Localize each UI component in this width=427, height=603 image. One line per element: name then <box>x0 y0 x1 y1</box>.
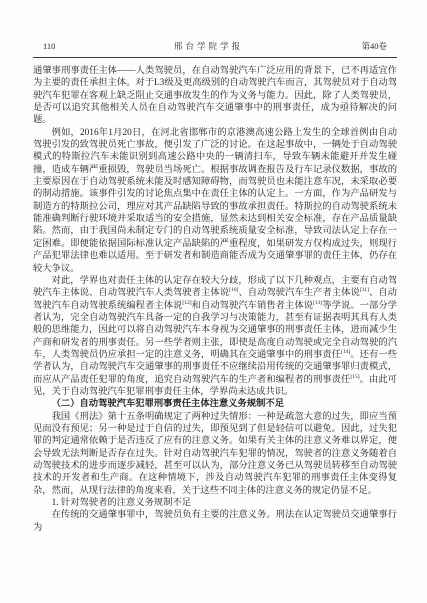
volume-label: 第40卷 <box>361 40 387 52</box>
footnote-ref-14: [14] <box>341 349 350 355</box>
footnote-ref-11: [11] <box>360 287 369 293</box>
page-number: 110 <box>43 41 55 51</box>
section-heading-2: （二）自动驾驶汽车犯罪刑事责任主体注意义务规制不足 <box>33 398 397 410</box>
header-rule <box>33 57 397 58</box>
text-segment: 、自动驾驶汽车生产者主体说 <box>238 288 359 298</box>
article-body: 通肇事刑事责任主体——人类驾驶员，在自动驾驶汽车广泛应用的背景下，已不再适宜作为… <box>33 65 397 534</box>
paragraph-driver-duty: 在传统的交通肇事罪中，驾驶员负有主要的注意义务。刑法在认定驾驶员交通肇事行为 <box>33 509 397 534</box>
footnote-ref-10: [10] <box>229 287 238 293</box>
paragraph-example-case: 例如，2016年1月20日，在河北省邯郸市的京港澳高速公路上发生的全球首例由自动… <box>33 127 397 275</box>
text-segment: 和自动驾驶汽车销售者主体说 <box>192 301 313 311</box>
paragraph-negligence: 我国《刑法》第十五条明确规定了两种过失情形：一种是疏忽大意的过失，即应当预见而没… <box>33 411 397 497</box>
footnote-ref-12: [12] <box>182 299 191 305</box>
footnote-ref-15: [15] <box>350 374 359 380</box>
journal-page: 110 邢台学院学报 第40卷 通肇事刑事责任主体——人类驾驶员，在自动驾驶汽车… <box>0 0 427 603</box>
paragraph-doctrines: 对此，学界也对责任主体的认定存在较大分歧，形成了以下几种观点，主要有自动驾驶汽车… <box>33 275 397 398</box>
running-head: 110 邢台学院学报 第40卷 <box>33 40 397 52</box>
footnote-ref-13: [13] <box>313 299 322 305</box>
paragraph-continuation: 通肇事刑事责任主体——人类驾驶员，在自动驾驶汽车广泛应用的背景下，已不再适宜作为… <box>33 65 397 127</box>
journal-title: 邢台学院学报 <box>174 40 243 52</box>
sub-item-1: 1. 针对驾驶者的注意义务规制不足 <box>33 497 397 509</box>
